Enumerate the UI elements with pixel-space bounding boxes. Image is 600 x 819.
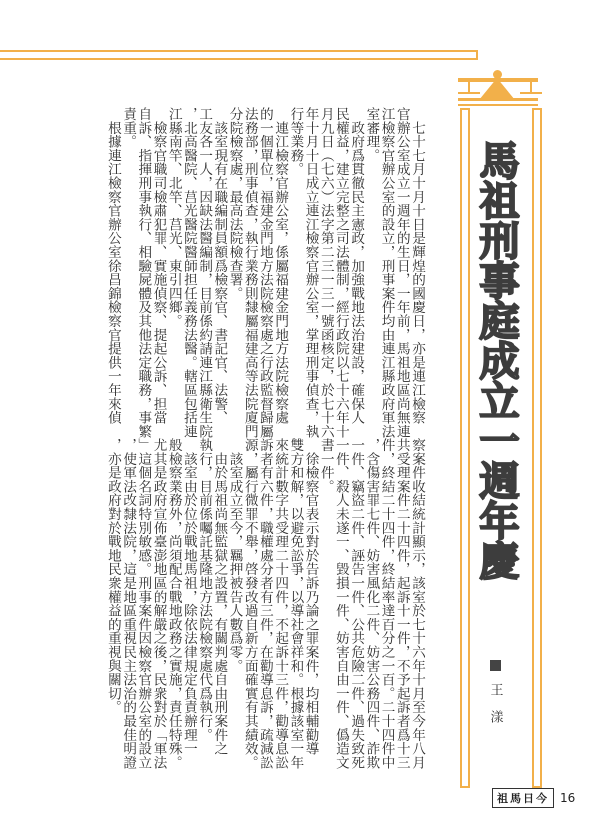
article-body-bottom: 察案件收結統計顯示，該室於七十六年十月至今年八月 共受理案件二十四件，起訴十一件… — [105, 438, 424, 768]
text-column: 源，屬行微罪不舉，啓發改過自新方面確實有其績效。 — [242, 438, 257, 768]
text-column: 由於馬祖尚無監獄之設置，有關判處自由刑案件之 — [211, 438, 226, 768]
text-column: 月九日（七六）法字第二三一三一號函核定，於七十六 — [318, 107, 333, 437]
pillar-right — [532, 108, 542, 788]
text-column: 法務部，刑事偵查，執行業務則隸屬福建高等法院廈門 — [242, 107, 257, 437]
article-title: 馬祖刑事庭成立一週年慶 — [466, 140, 526, 580]
text-column: 室審理。 — [363, 107, 378, 437]
text-column: 江檢察官辦公室的設立，刑事案件均由連江縣政府軍法 — [378, 107, 393, 437]
text-column: 江縣南竿、北竿、莒光、東引四鄉。 — [166, 107, 181, 437]
author-name: 王漾 — [486, 683, 505, 737]
text-column: ，北高醫院、莒光醫院醫師担任義務法醫。轄區包括連 — [181, 107, 196, 437]
author-byline: 王漾 — [483, 660, 507, 741]
article-body-top: 七十七月十月十日是輝煌的國慶日，亦是連江檢察 官辦公室成立一週年的生日，一年前，… — [105, 107, 424, 437]
text-column: 工友各一人，因缺法醫編制，目前係約請連江縣衛生院 — [196, 107, 211, 437]
text-column: 共受理案件二十四件，起訴十一件，不予起訴者爲十三 — [394, 438, 409, 768]
text-column: 根據連江檢察官辦公室徐昌錦檢察官提供一年來偵 — [105, 107, 120, 437]
text-column: 官辦公室成立一週年的生日，一年前，馬祖地區尚無連 — [394, 107, 409, 437]
scale-pan-left-icon — [458, 82, 480, 94]
text-column: 分院檢察處，最高法院檢查署。 — [226, 107, 241, 437]
scale-base — [458, 98, 538, 101]
text-column: 責重。 — [120, 107, 135, 437]
text-column: 行等業務。 — [287, 107, 302, 437]
text-column: 雙方和解，以避免訟爭，以導社會祥和。根據該室一年 — [287, 438, 302, 768]
text-column: 該室由於位於戰地馬祖，除依法律規定負責辦理一 — [181, 438, 196, 768]
page-number: 16 — [560, 791, 575, 805]
text-column: 政府爲貫徹民主憲政，加強戰地法治建設，確保人 — [348, 107, 363, 437]
publication-badge: 祖馬日今 — [492, 788, 554, 808]
text-column: 的一個單位，福建金門地方法院檢察處之行政監督歸屬 — [257, 107, 272, 437]
text-column: 執行，目前係囑託基隆地方法院檢察處代爲執行。 — [196, 438, 211, 768]
text-column: 來統計數字共受理二十四件，不起訴十三件，勸導息訟 — [272, 438, 287, 768]
page-footer: 祖馬日今 16 — [492, 788, 575, 808]
text-column: ，使軍法改隸法院，這是地區重視民主法治的最佳明證 — [120, 438, 135, 768]
text-column: 該室現有在職編制員額爲檢察官、書記官、法警、 — [211, 107, 226, 437]
text-column: 連江檢察官辦公室，係屬福建金門地方法院檢察處 — [272, 107, 287, 437]
text-column: 自訴、指揮刑事執行、相驗屍體及其他法定職務，事繁 — [135, 107, 150, 437]
text-column: ，亦是政府對於戰地民衆權益的重視與關切。 — [105, 438, 120, 768]
text-column: 察案件收結統計顯示，該室於七十六年十月至今年八月 — [409, 438, 424, 768]
text-column: 般檢察業務外，尚須配合戰地政務之實施，責任特殊。 — [166, 438, 181, 768]
text-column: 該室成立至今，羈押被告人數爲零。 — [226, 438, 241, 768]
text-column: ，含傷害罪七件、妨害風化二件、妨害公務四件、詐欺 — [363, 438, 378, 768]
text-column: 尤其是政府宣佈臺澎地區的解嚴之後，民衆對於「軍法 — [150, 438, 165, 768]
square-bullet-icon — [490, 660, 501, 671]
scale-pan-right-icon — [520, 82, 542, 94]
text-column: 一件、竊盜二件、誣告一件、公共危險二件、過失致死 — [348, 438, 363, 768]
text-column: 民權益，建立完整之司法體制，經行政院以七十六年十 — [333, 107, 348, 437]
scale-base-line — [458, 104, 538, 106]
text-column: 一件、殺人未遂一、毀損一件、妨害自由一件、僞造文 — [333, 438, 348, 768]
text-column: 徐檢察官表示對於告訴乃論之罪案件，均相輔勸導 — [302, 438, 317, 768]
top-decorative-rail — [0, 50, 478, 60]
text-column: 七十七月十月十日是輝煌的國慶日，亦是連江檢察 — [409, 107, 424, 437]
text-column: 書一件。 — [318, 438, 333, 768]
text-column: 年十月十日成立連江檢察官辦公室，掌理刑事偵查，執 — [302, 107, 317, 437]
text-column: 訴者有六件，職權處分者有三件，在勸導息訴，疏減訟 — [257, 438, 272, 768]
text-column: 」這個名詞特別敏感。刑事案件因檢察官辦公室的設立 — [135, 438, 150, 768]
justice-scale-icon — [479, 78, 515, 100]
text-column: 件，終結二十四件，終結率達百分之一百。二十四件中 — [378, 438, 393, 768]
text-column: 檢察官職司檢肅犯罪、實施偵察、提起公訴、担當 — [150, 107, 165, 437]
